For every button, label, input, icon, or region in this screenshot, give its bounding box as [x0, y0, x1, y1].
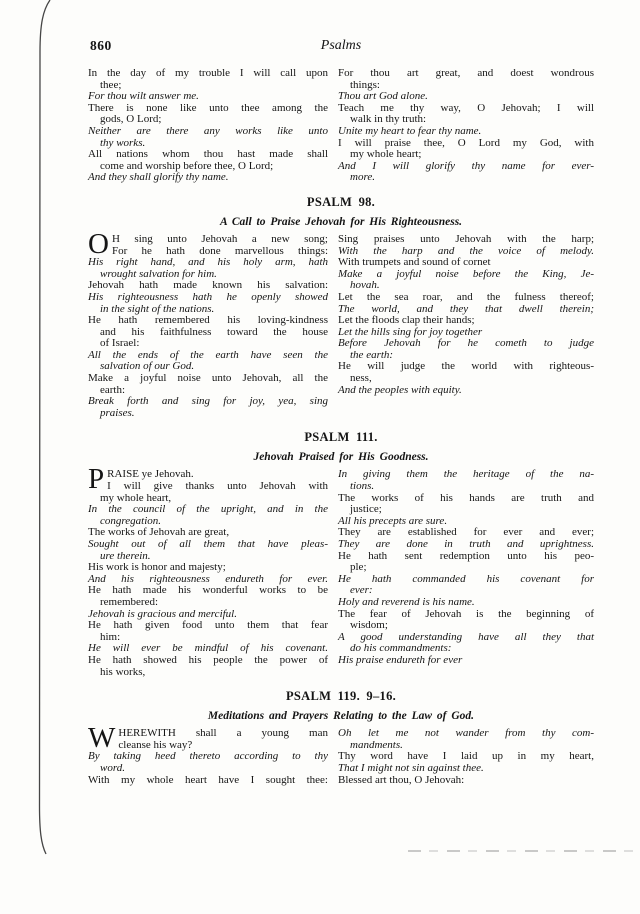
columns: OH sing unto Jehovah a new song;For he h… — [88, 234, 594, 420]
text-block: 860 Psalms In the day of my trouble I wi… — [88, 38, 594, 786]
column-left: OH sing unto Jehovah a new song;For he h… — [88, 234, 328, 420]
verse-line: remembered: — [88, 597, 328, 609]
psalm-subtitle: Meditations and Prayers Relating to the … — [88, 710, 594, 722]
verse-line: tions. — [338, 481, 594, 493]
book-page: 860 Psalms In the day of my trouble I wi… — [0, 0, 640, 914]
verse-line: His praise endureth for ever — [338, 655, 594, 667]
column-left: PRAISE ye Jehovah.I will give thanks unt… — [88, 469, 328, 678]
psalm-subtitle: Jehovah Praised for His Goodness. — [88, 451, 594, 463]
page-title: Psalms — [88, 38, 594, 54]
psalm-heading: PSALM 119. 9–16. — [88, 690, 594, 703]
verse-line: In giving them the heritage of the na- — [338, 469, 594, 481]
verse-line: word. — [88, 763, 328, 775]
verse-line: He hath commanded his covenant for — [338, 574, 594, 586]
verse-line: That I might not sin against thee. — [338, 763, 594, 775]
verse-line: For thou art great, and doest wondrous — [338, 68, 594, 80]
verse-line: more. — [338, 172, 594, 184]
verse-line: Unite my heart to fear thy name. — [338, 126, 594, 138]
verse-line: With my whole heart have I sought thee: — [88, 775, 328, 787]
verse-line: And the peoples with equity. — [338, 385, 594, 397]
verse-line: They are done in truth and uprightness. — [338, 539, 594, 551]
column-left: In the day of my trouble I will call upo… — [88, 68, 328, 184]
verse-line: His right hand, and his holy arm, hath — [88, 257, 328, 269]
verse-line: Blessed art thou, O Jehovah: — [338, 775, 594, 787]
drop-cap-block: WHEREWITH shall a young mancleanse his w… — [88, 728, 328, 751]
column-right: Oh let me not wander from thy com-mandme… — [338, 728, 594, 786]
verse-line: All nations whom thou hast made shall — [88, 149, 328, 161]
verse-line: In the day of my trouble I will call upo… — [88, 68, 328, 80]
verse-line: Oh let me not wander from thy com- — [338, 728, 594, 740]
verse-line: Holy and reverend is his name. — [338, 597, 594, 609]
psalm-heading: PSALM 111. — [88, 431, 594, 444]
verse-line: With trumpets and sound of cornet — [338, 257, 594, 269]
columns: WHEREWITH shall a young mancleanse his w… — [88, 728, 594, 786]
verse-line: And they shall glorify thy name. — [88, 172, 328, 184]
drop-cap-block: PRAISE ye Jehovah.I will give thanks unt… — [88, 469, 328, 492]
column-left: WHEREWITH shall a young mancleanse his w… — [88, 728, 328, 786]
verse-line: Sing praises unto Jehovah with the harp; — [338, 234, 594, 246]
verse-line: He will judge the world with righteous- — [338, 361, 594, 373]
psalm-111: PSALM 111.Jehovah Praised for His Goodne… — [88, 431, 594, 678]
verse-line: He hath given food unto them that fear — [88, 620, 328, 632]
verse-line: Let the floods clap their hands; — [338, 315, 594, 327]
verse-line: He hath sent redemption unto his peo- — [338, 551, 594, 563]
verse-line: H sing unto Jehovah a new song; — [88, 234, 328, 246]
psalm-sections: In the day of my trouble I will call upo… — [88, 68, 594, 786]
verse-line: He hath showed his people the power of — [88, 655, 328, 667]
psalm-heading: PSALM 98. — [88, 196, 594, 209]
page-spine-line — [0, 0, 60, 860]
verse-line: ness, — [338, 373, 594, 385]
scan-artifact-dashed-line — [408, 850, 638, 852]
verse-line: I will give thanks unto Jehovah with — [88, 481, 328, 493]
psalm-98: PSALM 98.A Call to Praise Jehovah for Hi… — [88, 196, 594, 420]
verse-line: HEREWITH shall a young man — [88, 728, 328, 740]
verse-line: Make a joyful noise unto Jehovah, all th… — [88, 373, 328, 385]
verse-line: And I will glorify thy name for ever- — [338, 161, 594, 173]
columns: PRAISE ye Jehovah.I will give thanks unt… — [88, 469, 594, 678]
psalm-119-9-16: PSALM 119. 9–16.Meditations and Prayers … — [88, 690, 594, 786]
drop-cap: O — [88, 234, 112, 256]
verse-line: wisdom; — [338, 620, 594, 632]
verse-line: Neither are there any works like unto — [88, 126, 328, 138]
verse-line: my whole heart; — [338, 149, 594, 161]
page-header: 860 Psalms — [88, 38, 594, 55]
verse-line: His righteousness hath he openly showed — [88, 292, 328, 304]
column-right: Sing praises unto Jehovah with the harp;… — [338, 234, 594, 420]
psalm-86-end: In the day of my trouble I will call upo… — [88, 68, 594, 184]
column-right: For thou art great, and doest wondrousth… — [338, 68, 594, 184]
verse-line: He hath remembered his loving-kindness — [88, 315, 328, 327]
verse-line: Sought out of all them that have pleas- — [88, 539, 328, 551]
drop-cap: P — [88, 469, 107, 491]
psalm-subtitle: A Call to Praise Jehovah for His Righteo… — [88, 216, 594, 228]
drop-cap-block: OH sing unto Jehovah a new song;For he h… — [88, 234, 328, 257]
verse-line: Let the sea roar, and the fulness thereo… — [338, 292, 594, 304]
drop-cap: W — [88, 728, 118, 750]
columns: In the day of my trouble I will call upo… — [88, 68, 594, 184]
verse-line: his works, — [88, 667, 328, 679]
column-right: In giving them the heritage of the na-ti… — [338, 469, 594, 678]
verse-line: praises. — [88, 408, 328, 420]
